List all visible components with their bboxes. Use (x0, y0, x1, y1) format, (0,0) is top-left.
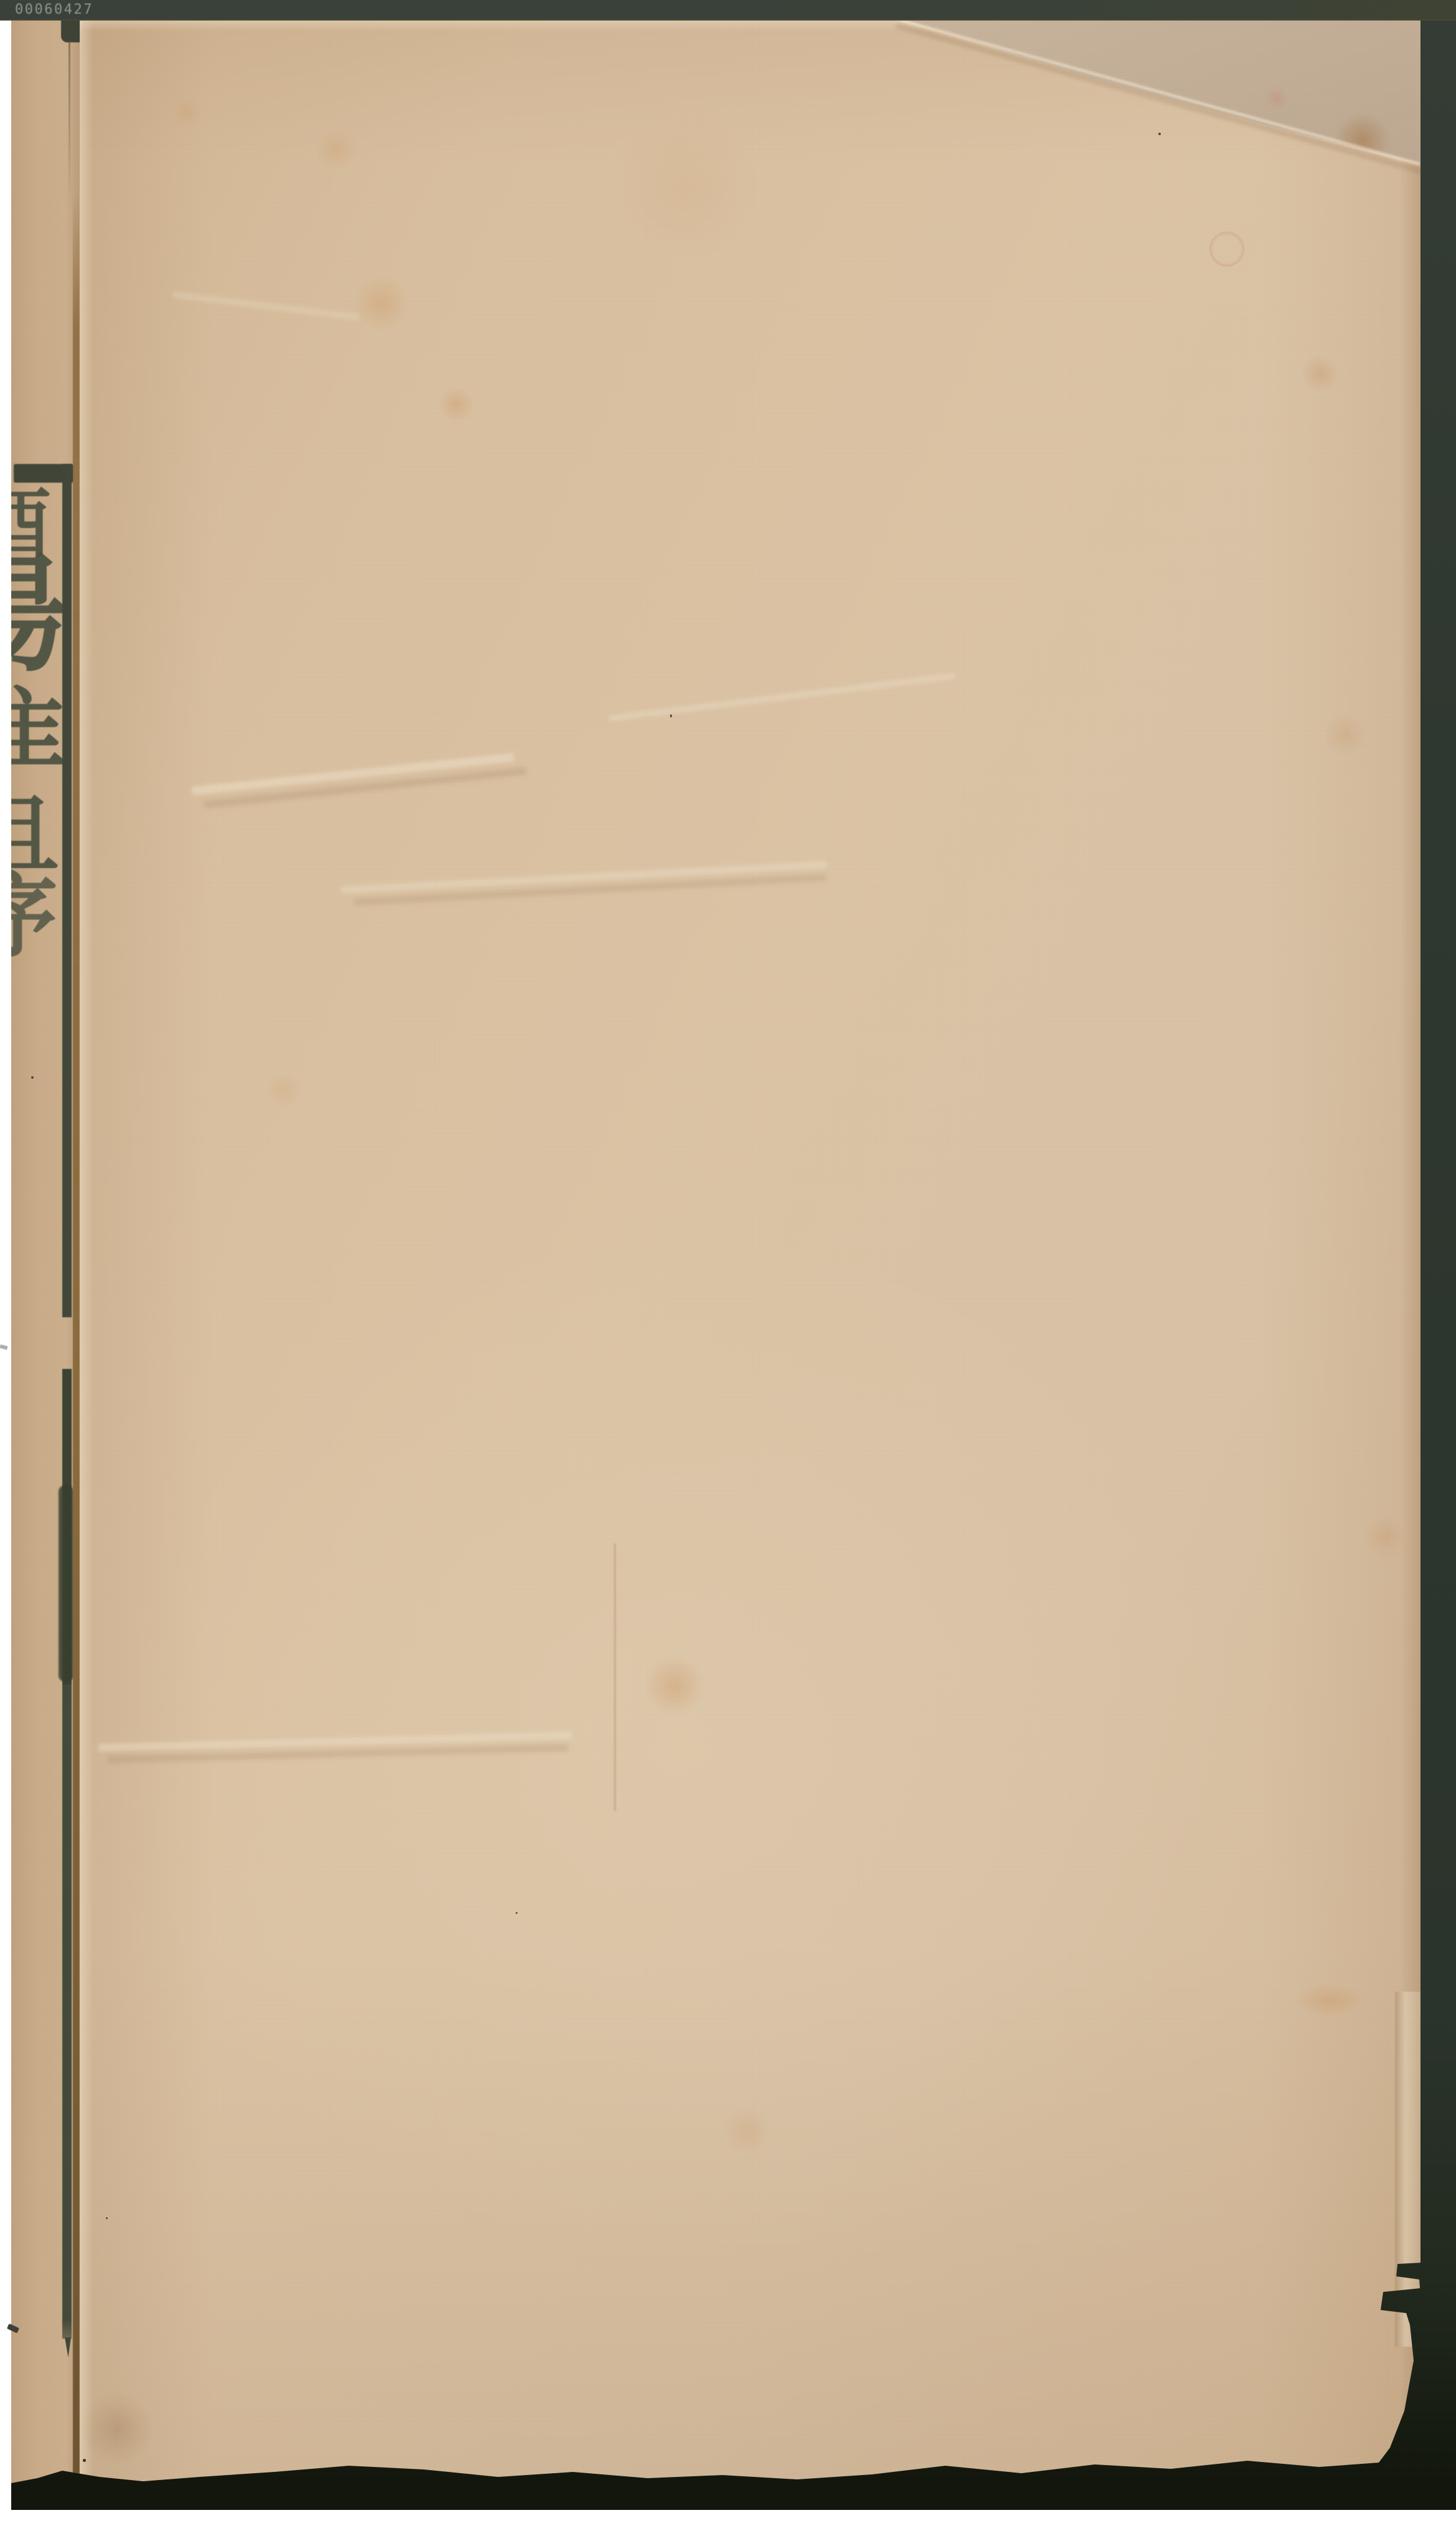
printed-frame-line (62, 464, 72, 2339)
stain-ring (1209, 232, 1244, 267)
stain (314, 128, 358, 171)
stain (1264, 87, 1289, 110)
page-edge-highlight (80, 17, 93, 2485)
crease (173, 291, 359, 320)
spine-character: 昜 (11, 552, 70, 679)
crease (608, 673, 955, 722)
speck (516, 1912, 518, 1914)
ink-blotch (59, 1485, 73, 1682)
speck (670, 714, 672, 717)
crease-line (69, 39, 70, 201)
crease-shadow (204, 767, 526, 808)
speck (106, 2217, 108, 2219)
ink-blot (61, 17, 80, 42)
margin-mark (0, 1345, 8, 1350)
crease-shadow (108, 1744, 569, 1763)
spine-character: 隹 (11, 685, 67, 779)
stain (610, 112, 760, 262)
speck (83, 2459, 86, 2462)
crease (341, 861, 827, 894)
stain (1295, 1983, 1364, 2018)
stain (1302, 355, 1339, 392)
speck (31, 1076, 34, 1079)
stain (265, 1071, 302, 1109)
stain (171, 97, 202, 128)
page-fore-edge-line (73, 192, 80, 2484)
book-pages: 酉 昜 隹 且 序 (11, 17, 1421, 2485)
blank-page (80, 17, 1421, 2485)
stain (439, 387, 474, 422)
spine-character: 序 (11, 869, 58, 963)
crease (98, 1731, 572, 1751)
left-page-edge-strip: 酉 昜 隹 且 序 (11, 17, 80, 2485)
stain (722, 2106, 772, 2156)
scan-id-label: 00060427 (15, 2, 93, 17)
page-edge-shadow (1400, 17, 1421, 2446)
photo-top-border: 00060427 (0, 0, 1456, 21)
book-scan-photo: 酉 昜 隹 且 序 (0, 0, 1456, 2523)
stain (1323, 713, 1367, 757)
stain (354, 275, 410, 331)
crease (191, 753, 514, 795)
crease-vertical (614, 1543, 616, 1811)
speck (1158, 133, 1161, 135)
crease-shadow (354, 874, 827, 906)
printed-frame-line-tip (65, 2337, 71, 2357)
stain (643, 1655, 706, 1717)
